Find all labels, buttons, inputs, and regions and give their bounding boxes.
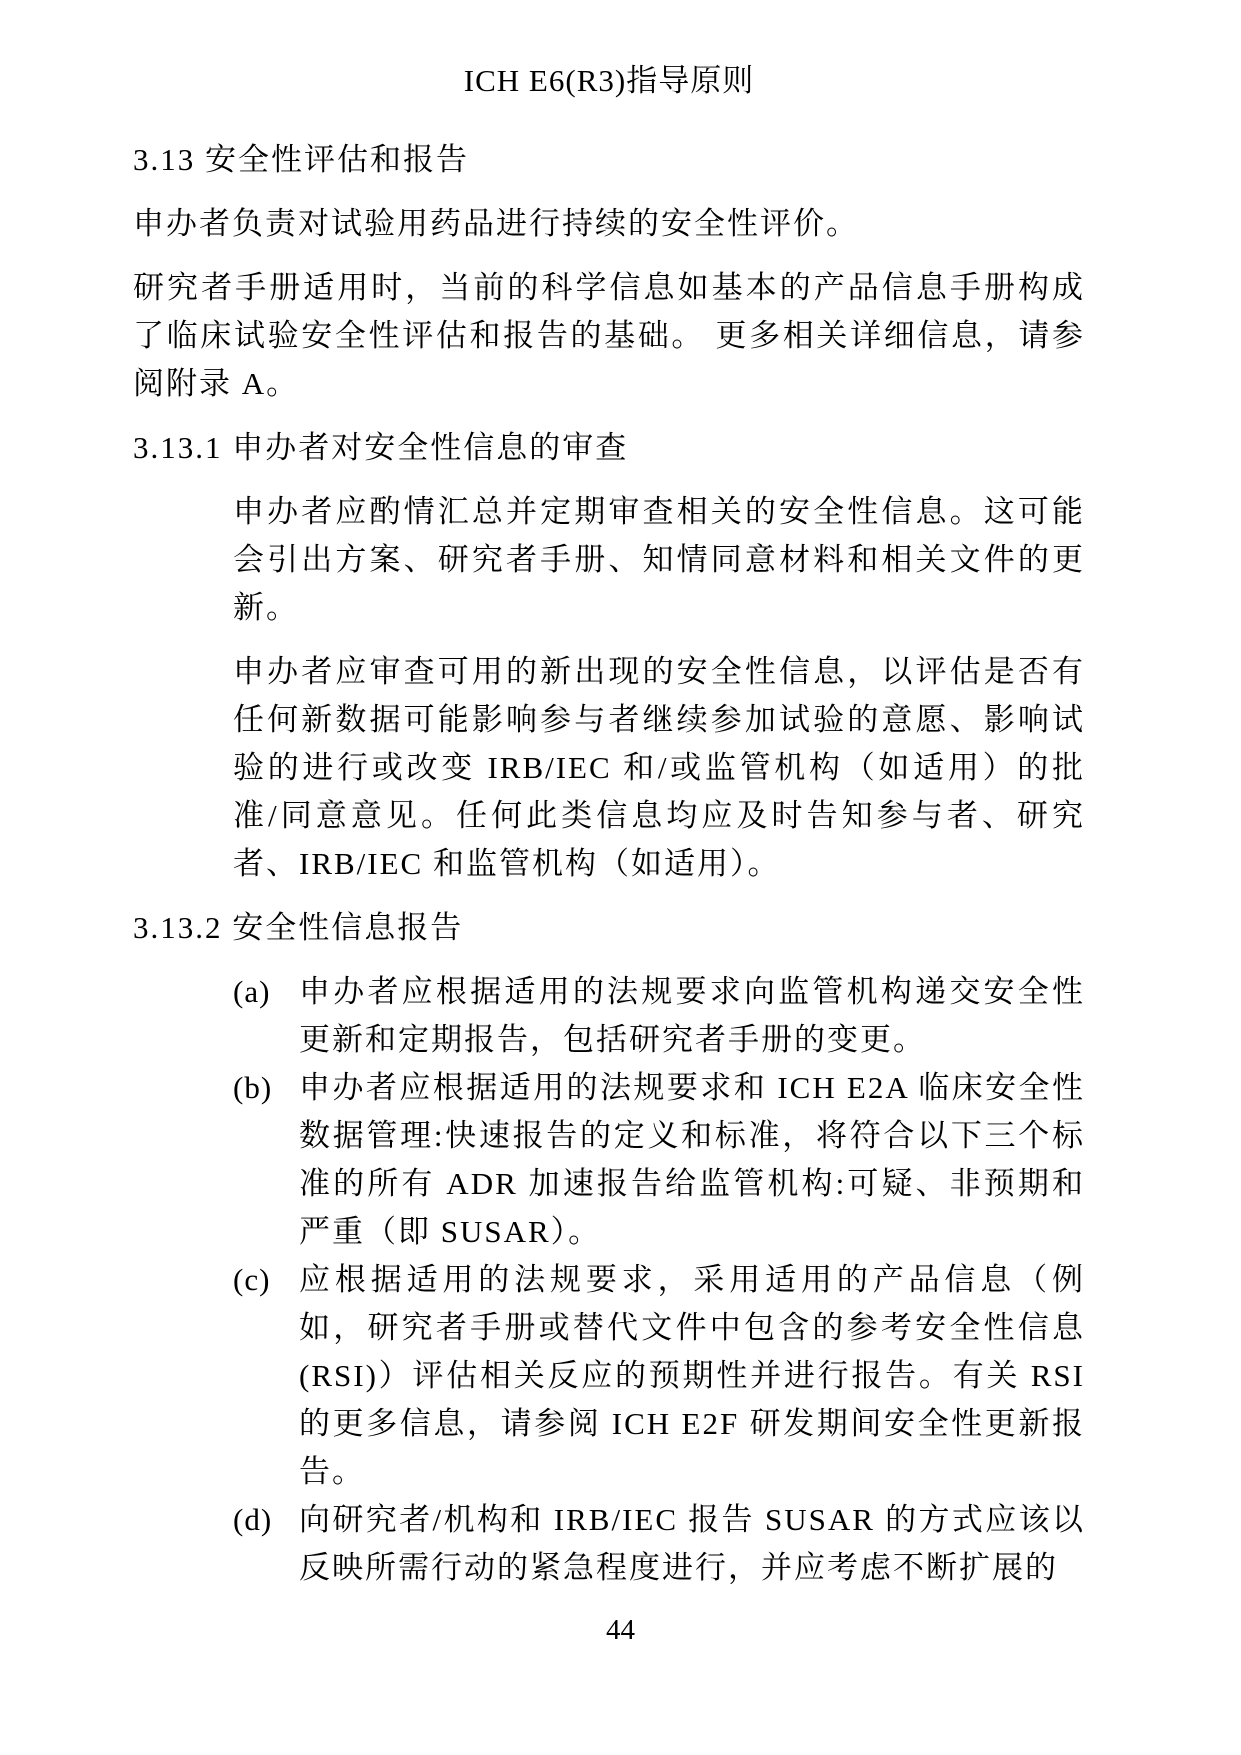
list-item-d-label: (d) [233,1496,299,1544]
section-3-13-paragraph-1: 申办者负责对试验用药品进行持续的安全性评价。 [133,200,1085,248]
list-item-c-text: 应根据适用的法规要求，采用适用的产品信息（例如，研究者手册或替代文件中包含的参考… [299,1256,1085,1496]
section-3-13-1-paragraph-1: 申办者应酌情汇总并定期审查相关的安全性信息。这可能会引出方案、研究者手册、知情同… [233,488,1085,632]
list-item-a-text: 申办者应根据适用的法规要求向监管机构递交安全性更新和定期报告，包括研究者手册的变… [299,968,1085,1064]
list-item-b-text: 申办者应根据适用的法规要求和 ICH E2A 临床安全性数据管理:快速报告的定义… [299,1064,1085,1256]
document-page: ICH E6(R3)指导原则 3.13 安全性评估和报告 申办者负责对试验用药品… [0,0,1241,1755]
section-3-13-heading: 3.13 安全性评估和报告 [133,136,1085,184]
list-item-b-label: (b) [233,1064,299,1112]
list-item-d: (d) 向研究者/机构和 IRB/IEC 报告 SUSAR 的方式应该以反映所需… [233,1496,1085,1592]
list-item-a: (a) 申办者应根据适用的法规要求向监管机构递交安全性更新和定期报告，包括研究者… [233,968,1085,1064]
list-item-b: (b) 申办者应根据适用的法规要求和 ICH E2A 临床安全性数据管理:快速报… [233,1064,1085,1256]
section-3-13-2-heading: 3.13.2 安全性信息报告 [133,904,1085,952]
document-header-title: ICH E6(R3)指导原则 [133,56,1085,106]
list-item-c: (c) 应根据适用的法规要求，采用适用的产品信息（例如，研究者手册或替代文件中包… [233,1256,1085,1496]
list-item-d-text: 向研究者/机构和 IRB/IEC 报告 SUSAR 的方式应该以反映所需行动的紧… [299,1496,1085,1592]
page-number: 44 [0,1612,1241,1648]
section-3-13-1-heading: 3.13.1 申办者对安全性信息的审查 [133,424,1085,472]
section-3-13-paragraph-2: 研究者手册适用时，当前的科学信息如基本的产品信息手册构成了临床试验安全性评估和报… [133,264,1085,408]
list-item-a-label: (a) [233,968,299,1016]
list-item-c-label: (c) [233,1256,299,1304]
section-3-13-1-paragraph-2: 申办者应审查可用的新出现的安全性信息，以评估是否有任何新数据可能影响参与者继续参… [233,648,1085,888]
section-3-13-2-list: (a) 申办者应根据适用的法规要求向监管机构递交安全性更新和定期报告，包括研究者… [233,968,1085,1592]
